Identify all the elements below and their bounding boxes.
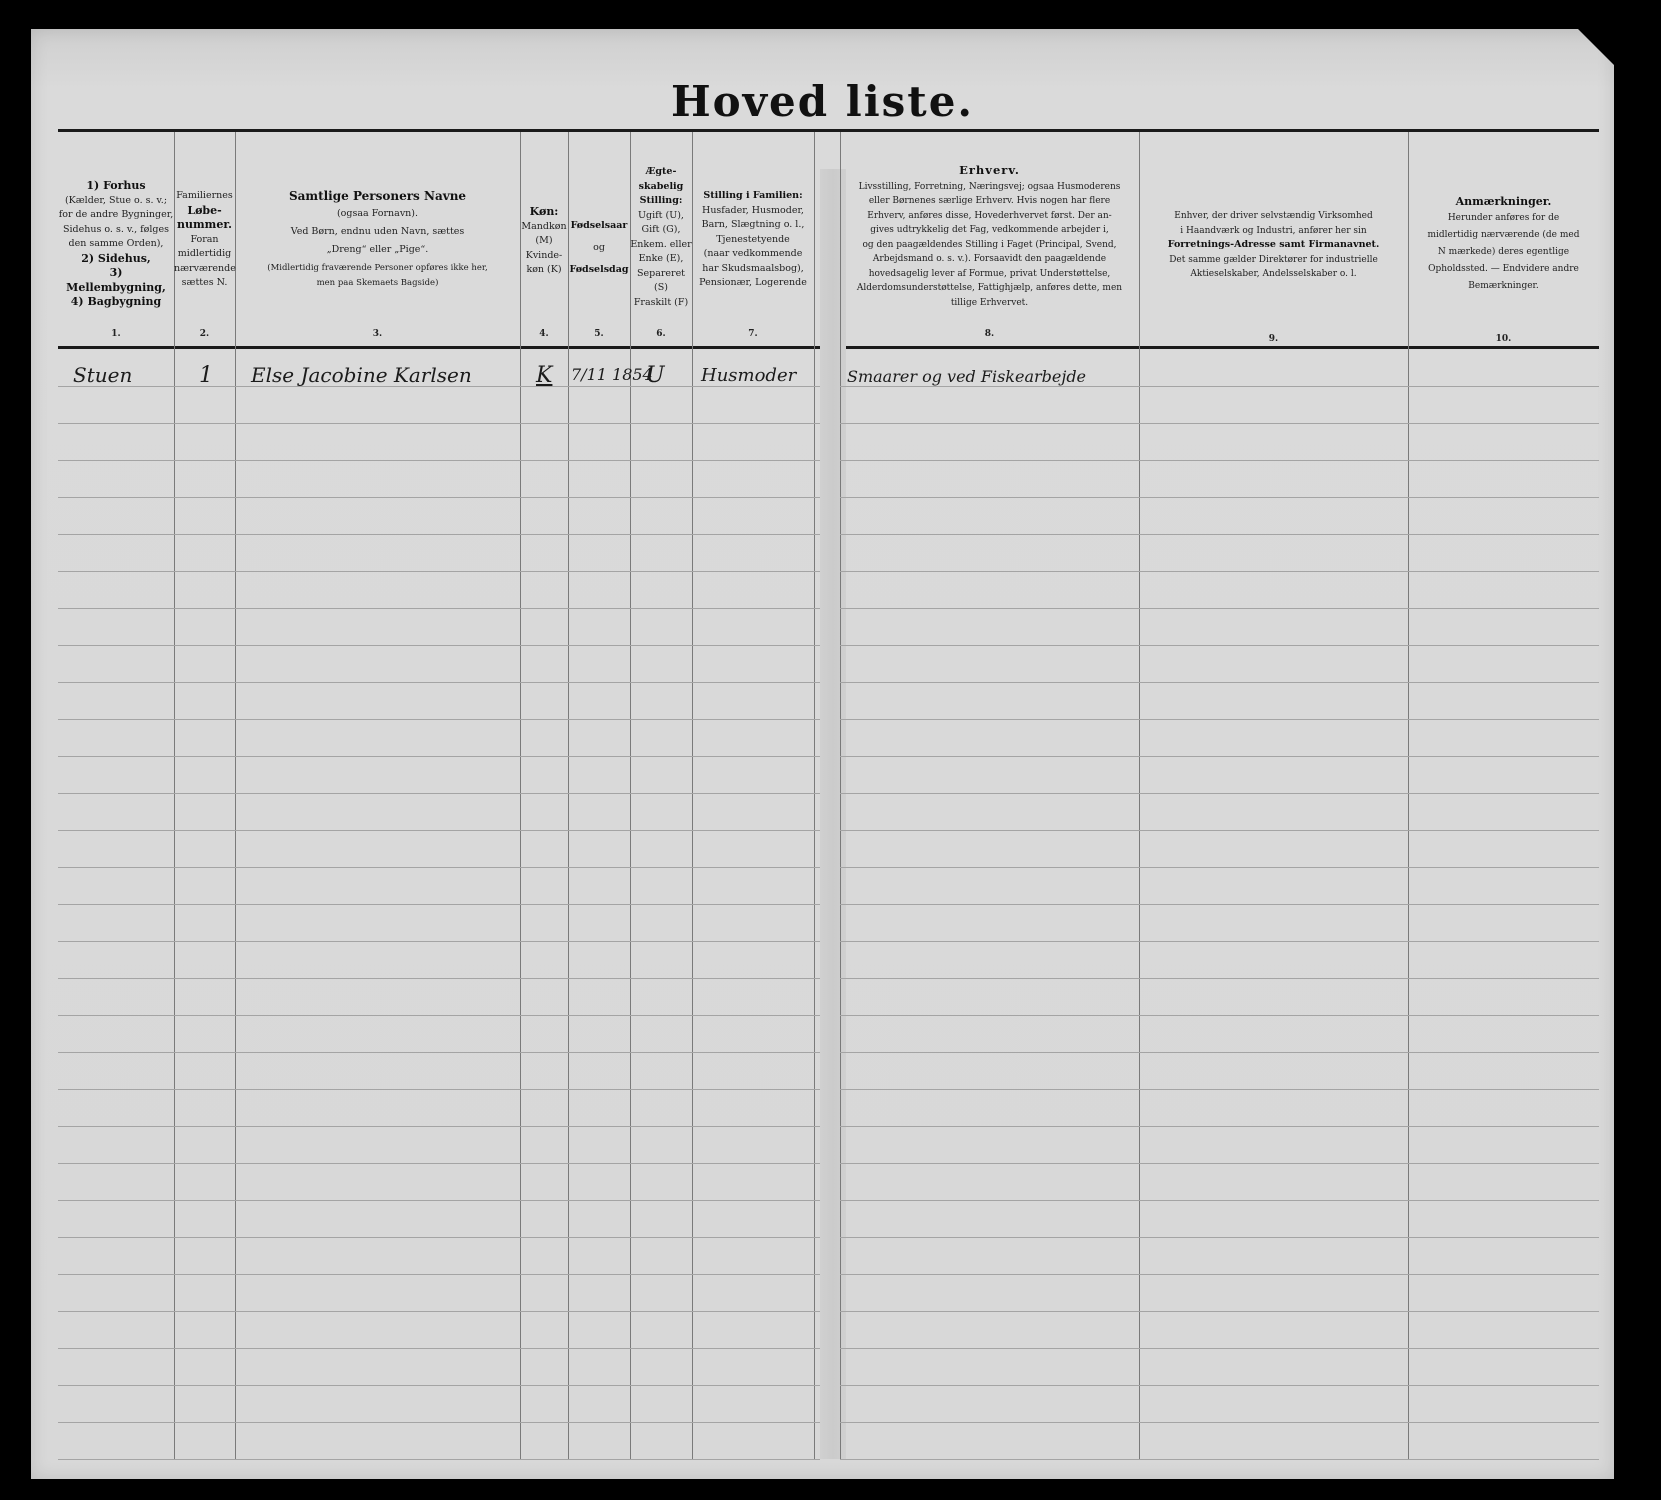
header-line: Gift (G), — [630, 223, 692, 238]
header-col-2: Familiernes Løbe- nummer. Foran midlerti… — [174, 189, 235, 291]
cell-name: Else Jacobine Karlsen — [251, 363, 472, 387]
row-rule — [840, 460, 1599, 461]
header-col-10: Anmærkninger. Herunder anføres for de mi… — [1408, 193, 1599, 295]
header-line: Erhverv, anføres disse, Hovederhvervet f… — [840, 209, 1139, 224]
header-col-7: Stilling i Familien: Husfader, Husmoder,… — [692, 189, 814, 291]
header-col-1: 1) Forhus (Kælder, Stue o. s. v.; for de… — [58, 179, 174, 310]
row-rule — [58, 423, 820, 424]
row-rule — [840, 534, 1599, 535]
row-rule — [58, 867, 820, 868]
header-line: nærværende — [174, 262, 235, 277]
row-rule — [840, 941, 1599, 942]
row-rule — [840, 1200, 1599, 1201]
row-rule — [58, 1274, 820, 1275]
header-line: (S) — [630, 281, 692, 296]
row-rule — [58, 645, 820, 646]
row-rule — [840, 1459, 1599, 1460]
header-line: Opholdssted. — Endvidere andre — [1408, 261, 1599, 278]
header-line: Tjenestetyende — [692, 233, 814, 248]
row-rule — [840, 497, 1599, 498]
row-rule — [58, 571, 820, 572]
header-col-4: Køn: Mandkøn (M) Kvinde- køn (K) — [520, 205, 568, 278]
row-rule — [58, 1348, 820, 1349]
header-line: Alderdomsunderstøttelse, Fattighjælp, an… — [840, 281, 1139, 296]
row-rule — [58, 1422, 820, 1423]
header-line: Fødselsaar — [568, 215, 630, 237]
cell-sex: K — [536, 363, 552, 388]
page-fold — [820, 169, 846, 1459]
row-rule — [840, 793, 1599, 794]
header-line: „Dreng“ eller „Pige“. — [235, 241, 520, 259]
header-line: 1) Forhus — [58, 179, 174, 194]
row-rule — [840, 608, 1599, 609]
header-line: Ugift (U), — [630, 209, 692, 224]
header-line: Enke (E), — [630, 252, 692, 267]
row-rule — [840, 571, 1599, 572]
header-line: Kvinde- — [520, 249, 568, 264]
header-line: og den paagældendes Stilling i Faget (Pr… — [840, 238, 1139, 253]
col-divider — [1408, 132, 1409, 1459]
header-line: køn (K) — [520, 263, 568, 278]
row-rule — [840, 1089, 1599, 1090]
header-line: Separeret — [630, 267, 692, 282]
row-rule — [840, 682, 1599, 683]
row-rule — [58, 719, 820, 720]
row-rule — [58, 1163, 820, 1164]
row-rule — [840, 1274, 1599, 1275]
header-line: Erhverv. — [840, 163, 1139, 178]
row-rule — [840, 719, 1599, 720]
header-line: nummer. — [174, 218, 235, 233]
header-line: Aktieselskaber, Andelsselskaber o. l. — [1139, 267, 1408, 282]
header-line: Stilling: — [630, 194, 692, 209]
header-line: Løbe- — [174, 204, 235, 219]
header-line: Samtlige Personers Navne — [235, 187, 520, 205]
header-line: (naar vedkommende — [692, 247, 814, 262]
col-number: 7. — [692, 329, 814, 339]
col-number: 10. — [1408, 334, 1599, 344]
col-number: 5. — [568, 329, 630, 339]
row-rule — [58, 1126, 820, 1127]
header-line: 2) Sidehus, — [58, 252, 174, 267]
header-line: sættes N. — [174, 276, 235, 291]
col-divider — [814, 132, 815, 1459]
row-rule — [58, 904, 820, 905]
header-line: den samme Orden), — [58, 237, 174, 252]
header-line: har Skudsmaalsbog), — [692, 262, 814, 277]
row-rule — [840, 645, 1599, 646]
top-rule — [58, 129, 1599, 132]
row-rule — [58, 1200, 820, 1201]
header-line: tillige Erhvervet. — [840, 296, 1139, 311]
header-line: Stilling i Familien: — [692, 189, 814, 204]
header-line: midlertidig nærværende (de med — [1408, 227, 1599, 244]
row-rule — [58, 756, 820, 757]
header-line: Arbejdsmand o. s. v.). Forsaavidt den pa… — [840, 252, 1139, 267]
row-rule — [840, 1237, 1599, 1238]
row-rule — [840, 904, 1599, 905]
row-rule — [840, 756, 1599, 757]
header-line: Køn: — [520, 205, 568, 220]
header-line: 4) Bagbygning — [58, 295, 174, 310]
census-sheet: Hoved liste. 1) Forhus (Kælder, Stue o. … — [31, 29, 1614, 1479]
row-rule — [840, 1385, 1599, 1386]
header-line: (Kælder, Stue o. s. v.; — [58, 194, 174, 209]
row-rule — [840, 867, 1599, 868]
row-rule — [58, 682, 820, 683]
header-line: Barn, Slægtning o. l., — [692, 218, 814, 233]
row-rule — [58, 830, 820, 831]
header-line: men paa Skemaets Bagside) — [235, 277, 520, 289]
row-rule — [58, 1237, 820, 1238]
header-col-9: Enhver, der driver selvstændig Virksomhe… — [1139, 209, 1408, 282]
header-line: Ægte- — [630, 165, 692, 180]
row-rule — [840, 386, 1599, 387]
col-number: 4. — [520, 329, 568, 339]
row-rule — [58, 1015, 820, 1016]
row-rule — [58, 1311, 820, 1312]
header-line: (ogsaa Fornavn). — [235, 205, 520, 223]
header-line: midlertidig — [174, 247, 235, 262]
header-line: Mandkøn — [520, 220, 568, 235]
row-rule — [58, 534, 820, 535]
header-col-5: Fødselsaar og Fødselsdag — [568, 215, 630, 281]
header-line: gives udtrykkelig det Fag, vedkommende a… — [840, 223, 1139, 238]
header-line: Anmærkninger. — [1408, 193, 1599, 210]
row-rule — [58, 793, 820, 794]
col-number: 6. — [630, 329, 692, 339]
header-line: Det samme gælder Direktører for industri… — [1139, 253, 1408, 268]
header-line: (Midlertidig fraværende Personer opføres… — [235, 259, 520, 277]
col-number: 2. — [174, 329, 235, 339]
cell-birth: 7/11 1854 — [571, 365, 653, 384]
row-rule — [840, 1052, 1599, 1053]
cell-family-no: 1 — [199, 363, 213, 388]
cell-building: Stuen — [73, 363, 132, 387]
header-line: Fødselsdag — [568, 259, 630, 281]
header-line: Bemærkninger. — [1408, 278, 1599, 295]
header-line: Fraskilt (F) — [630, 296, 692, 311]
page-title: Hoved liste. — [31, 77, 1614, 126]
header-col-6: Ægte- skabelig Stilling: Ugift (U), Gift… — [630, 165, 692, 310]
col-divider — [1139, 132, 1140, 1459]
row-rule — [58, 978, 820, 979]
row-rule — [58, 1385, 820, 1386]
row-rule — [58, 941, 820, 942]
row-rule — [58, 608, 820, 609]
header-line: skabelig — [630, 180, 692, 195]
header-line: N mærkede) deres egentlige — [1408, 244, 1599, 261]
row-rule — [840, 830, 1599, 831]
header-line: Husfader, Husmoder, — [692, 204, 814, 219]
header-line: Foran — [174, 233, 235, 248]
row-rule — [58, 1459, 820, 1460]
row-rule — [840, 1163, 1599, 1164]
header-line: Livsstilling, Forretning, Næringsvej; og… — [840, 180, 1139, 195]
row-rule — [840, 1422, 1599, 1423]
col-number: 1. — [58, 329, 174, 339]
header-line: Pensionær, Logerende — [692, 276, 814, 291]
header-line: eller Børnenes særlige Erhverv. Hvis nog… — [840, 194, 1139, 209]
header-line: hovedsagelig lever af Formue, privat Und… — [840, 267, 1139, 282]
row-rule — [840, 1126, 1599, 1127]
row-rule — [58, 497, 820, 498]
header-col-8: Erhverv. Livsstilling, Forretning, Nærin… — [840, 163, 1139, 310]
folded-corner — [1578, 29, 1614, 65]
row-rule — [840, 1348, 1599, 1349]
row-rule — [58, 1089, 820, 1090]
row-rule — [840, 423, 1599, 424]
header-line: og — [568, 237, 630, 259]
row-rule — [840, 1015, 1599, 1016]
cell-family-role: Husmoder — [701, 365, 796, 386]
header-col-3: Samtlige Personers Navne (ogsaa Fornavn)… — [235, 187, 520, 289]
header-line: Enhver, der driver selvstændig Virksomhe… — [1139, 209, 1408, 224]
cell-occupation: Smaarer og ved Fiskearbejde — [847, 367, 1086, 386]
col-number: 9. — [1139, 334, 1408, 344]
header-line: (M) — [520, 234, 568, 249]
row-rule — [58, 460, 820, 461]
header-line: i Haandværk og Industri, anfører her sin — [1139, 224, 1408, 239]
header-line: Familiernes — [174, 189, 235, 204]
row-rule — [58, 1052, 820, 1053]
header-line: Ved Børn, endnu uden Navn, sættes — [235, 223, 520, 241]
header-line: Enkem. eller — [630, 238, 692, 253]
header-line: for de andre Bygninger, — [58, 208, 174, 223]
col-number: 8. — [840, 329, 1139, 339]
col-number: 3. — [235, 329, 520, 339]
cell-marital: U — [646, 363, 665, 388]
row-rule — [840, 1311, 1599, 1312]
header-line: Herunder anføres for de — [1408, 210, 1599, 227]
header-line: Forretnings-Adresse samt Firmanavnet. — [1139, 238, 1408, 253]
header-line: Sidehus o. s. v., følges — [58, 223, 174, 238]
row-rule — [840, 978, 1599, 979]
header-line: 3) Mellembygning, — [58, 266, 174, 295]
